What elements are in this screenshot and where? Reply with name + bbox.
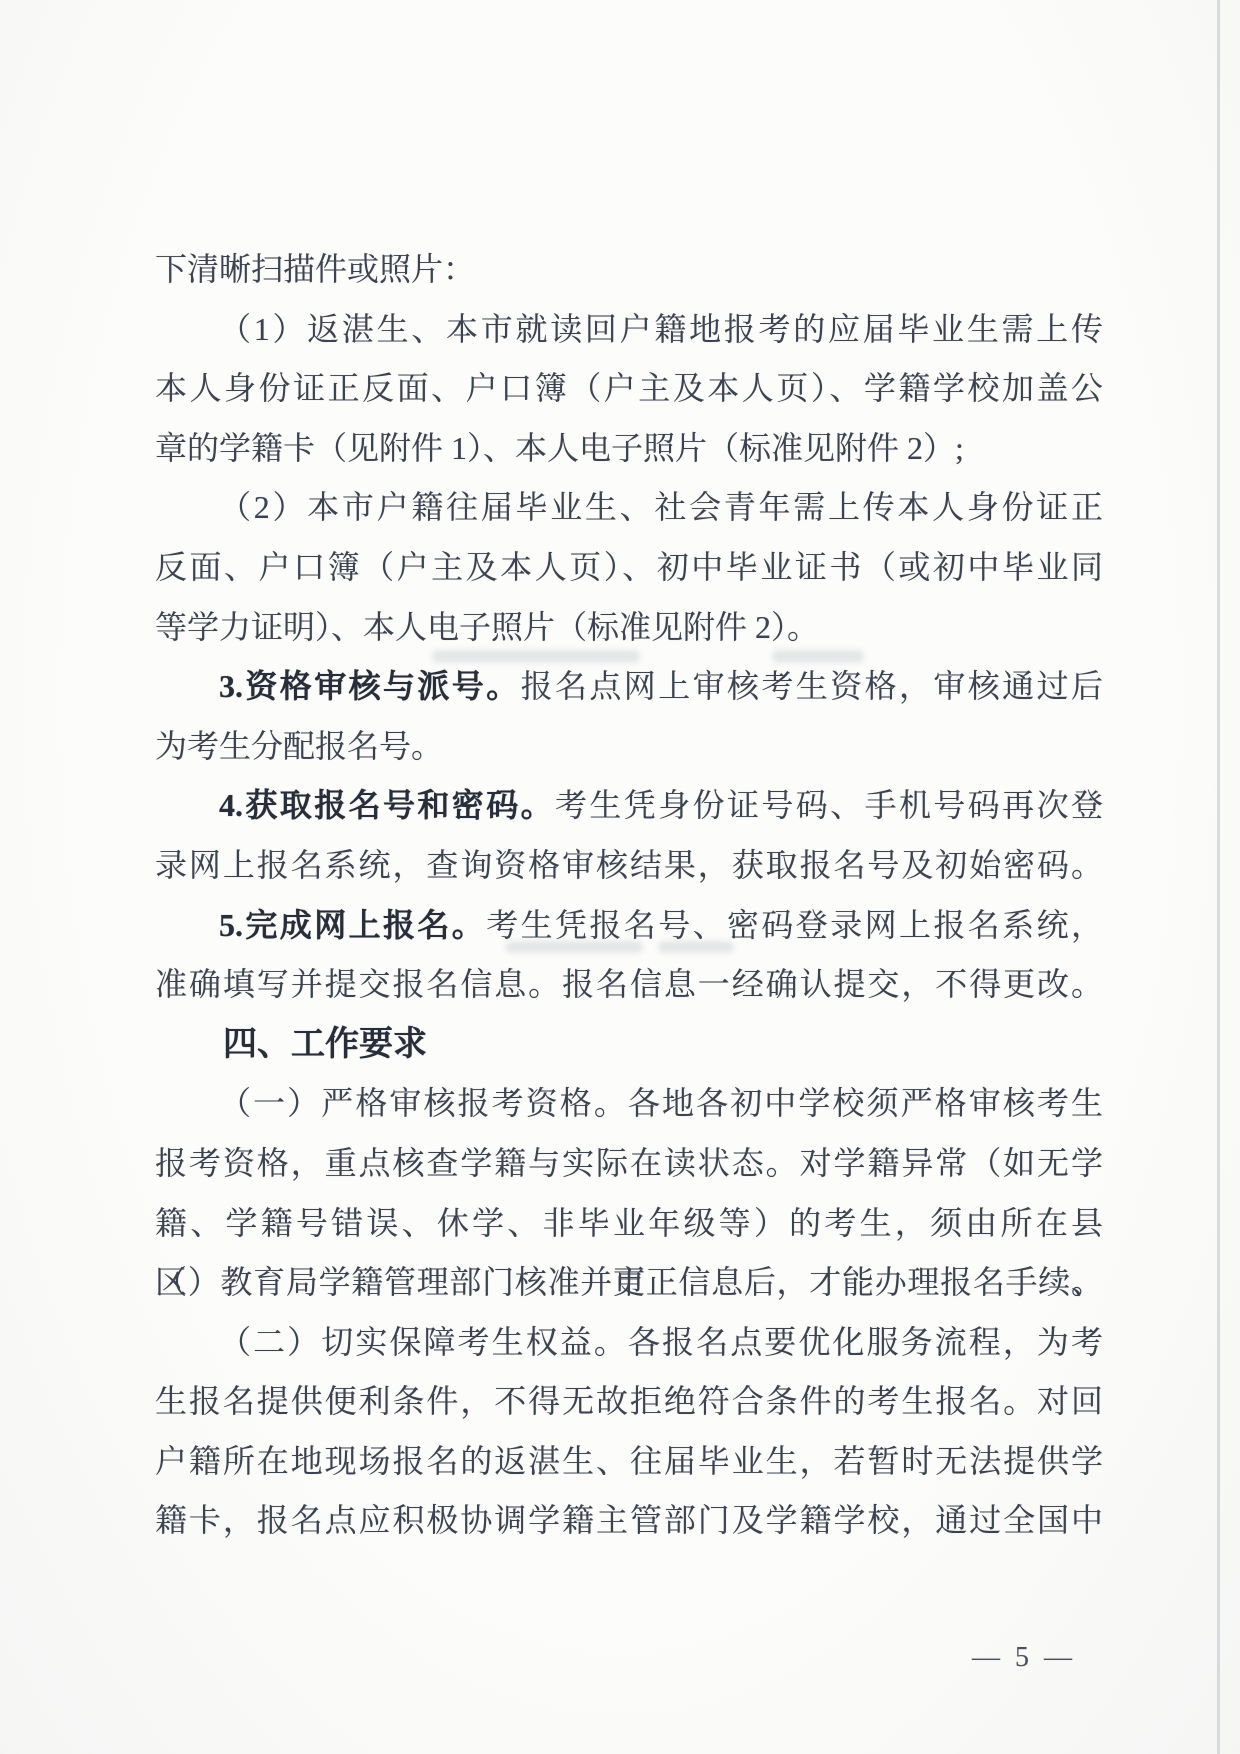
text-segment: 反面、户口簿（户主及本人页）、初中毕业证书（或初中毕业同 xyxy=(155,549,1103,585)
text-segment: 等学力证明）、本人电子照片（标准见附件 2）。 xyxy=(155,609,819,645)
text-segment: 四、工作要求 xyxy=(223,1024,427,1064)
text-line: （1）返湛生、本市就读回户籍地报考的应届毕业生需上传 xyxy=(155,300,1103,360)
scan-edge-line xyxy=(1217,0,1220,1754)
text-line: 章的学籍卡（见附件 1）、本人电子照片（标准见附件 2）; xyxy=(155,419,1103,479)
text-segment: （2）本市户籍往届毕业生、社会青年需上传本人身份证正 xyxy=(219,489,1103,525)
text-line: 报考资格，重点核查学籍与实际在读状态。对学籍异常（如无学 xyxy=(155,1134,1103,1194)
text-segment: 户籍所在地现场报名的返湛生、往届毕业生，若暂时无法提供学 xyxy=(155,1443,1103,1479)
text-line: 准确填写并提交报名信息。报名信息一经确认提交，不得更改。 xyxy=(155,955,1103,1015)
text-segment: 录网上报名系统，查询资格审核结果，获取报名号及初始密码。 xyxy=(155,847,1103,883)
text-segment: 考生凭身份证号码、手机号码再次登 xyxy=(555,787,1103,823)
text-segment: 3.资格审核与派号。 xyxy=(219,668,521,704)
text-line: 生报名提供便利条件，不得无故拒绝符合条件的考生报名。对回 xyxy=(155,1372,1103,1432)
section-heading: 四、工作要求 xyxy=(155,1015,1103,1075)
text-segment: 本人身份证正反面、户口簿（户主及本人页）、学籍学校加盖公 xyxy=(155,370,1103,406)
text-segment: 报名点网上审核考生资格，审核通过后 xyxy=(521,668,1103,704)
document-page: 下清晰扫描件或照片：（1）返湛生、本市就读回户籍地报考的应届毕业生需上传本人身份… xyxy=(0,0,1240,1754)
text-segment: 5.完成网上报名。 xyxy=(219,907,486,943)
text-line: 录网上报名系统，查询资格审核结果，获取报名号及初始密码。 xyxy=(155,836,1103,896)
text-segment: （一）严格审核报考资格。各地各初中学校须严格审核考生 xyxy=(219,1085,1103,1121)
text-segment: 准确填写并提交报名信息。报名信息一经确认提交，不得更改。 xyxy=(155,966,1103,1002)
text-segment: 区）教育局学籍管理部门核准并更正信息后，才能办理报名手续。 xyxy=(155,1264,1103,1300)
text-line: 下清晰扫描件或照片： xyxy=(155,240,1103,300)
text-line: 本人身份证正反面、户口簿（户主及本人页）、学籍学校加盖公 xyxy=(155,359,1103,419)
text-segment: 章的学籍卡（见附件 1）、本人电子照片（标准见附件 2）; xyxy=(155,430,964,466)
text-line: 反面、户口簿（户主及本人页）、初中毕业证书（或初中毕业同 xyxy=(155,538,1103,598)
text-line: 籍卡，报名点应积极协调学籍主管部门及学籍学校，通过全国中 xyxy=(155,1491,1103,1551)
text-line: 5.完成网上报名。考生凭报名号、密码登录网上报名系统， xyxy=(155,896,1103,956)
text-line: 户籍所在地现场报名的返湛生、往届毕业生，若暂时无法提供学 xyxy=(155,1432,1103,1492)
text-segment: 4.获取报名号和密码。 xyxy=(219,787,555,823)
text-segment: 考生凭报名号、密码登录网上报名系统， xyxy=(486,907,1103,943)
text-segment: 为考生分配报名号。 xyxy=(155,728,443,764)
text-segment: 报考资格，重点核查学籍与实际在读状态。对学籍异常（如无学 xyxy=(155,1145,1103,1181)
text-line: 3.资格审核与派号。报名点网上审核考生资格，审核通过后 xyxy=(155,657,1103,717)
page-number: — 5 — xyxy=(972,1642,1076,1674)
text-line: 为考生分配报名号。 xyxy=(155,717,1103,777)
text-line: （2）本市户籍往届毕业生、社会青年需上传本人身份证正 xyxy=(155,478,1103,538)
text-line: 籍、学籍号错误、休学、非毕业年级等）的考生，须由所在县（市、 xyxy=(155,1194,1103,1254)
text-line: 4.获取报名号和密码。考生凭身份证号码、手机号码再次登 xyxy=(155,776,1103,836)
text-line: （一）严格审核报考资格。各地各初中学校须严格审核考生 xyxy=(155,1074,1103,1134)
text-block: 下清晰扫描件或照片：（1）返湛生、本市就读回户籍地报考的应届毕业生需上传本人身份… xyxy=(155,240,1103,1551)
text-line: （二）切实保障考生权益。各报名点要优化服务流程，为考 xyxy=(155,1313,1103,1373)
text-segment: （二）切实保障考生权益。各报名点要优化服务流程，为考 xyxy=(219,1324,1103,1360)
text-segment: 下清晰扫描件或照片： xyxy=(155,251,475,287)
text-segment: 生报名提供便利条件，不得无故拒绝符合条件的考生报名。对回 xyxy=(155,1383,1103,1419)
text-segment: （1）返湛生、本市就读回户籍地报考的应届毕业生需上传 xyxy=(219,311,1103,347)
text-segment: 籍卡，报名点应积极协调学籍主管部门及学籍学校，通过全国中 xyxy=(155,1502,1103,1538)
text-line: 区）教育局学籍管理部门核准并更正信息后，才能办理报名手续。 xyxy=(155,1253,1103,1313)
text-line: 等学力证明）、本人电子照片（标准见附件 2）。 xyxy=(155,598,1103,658)
